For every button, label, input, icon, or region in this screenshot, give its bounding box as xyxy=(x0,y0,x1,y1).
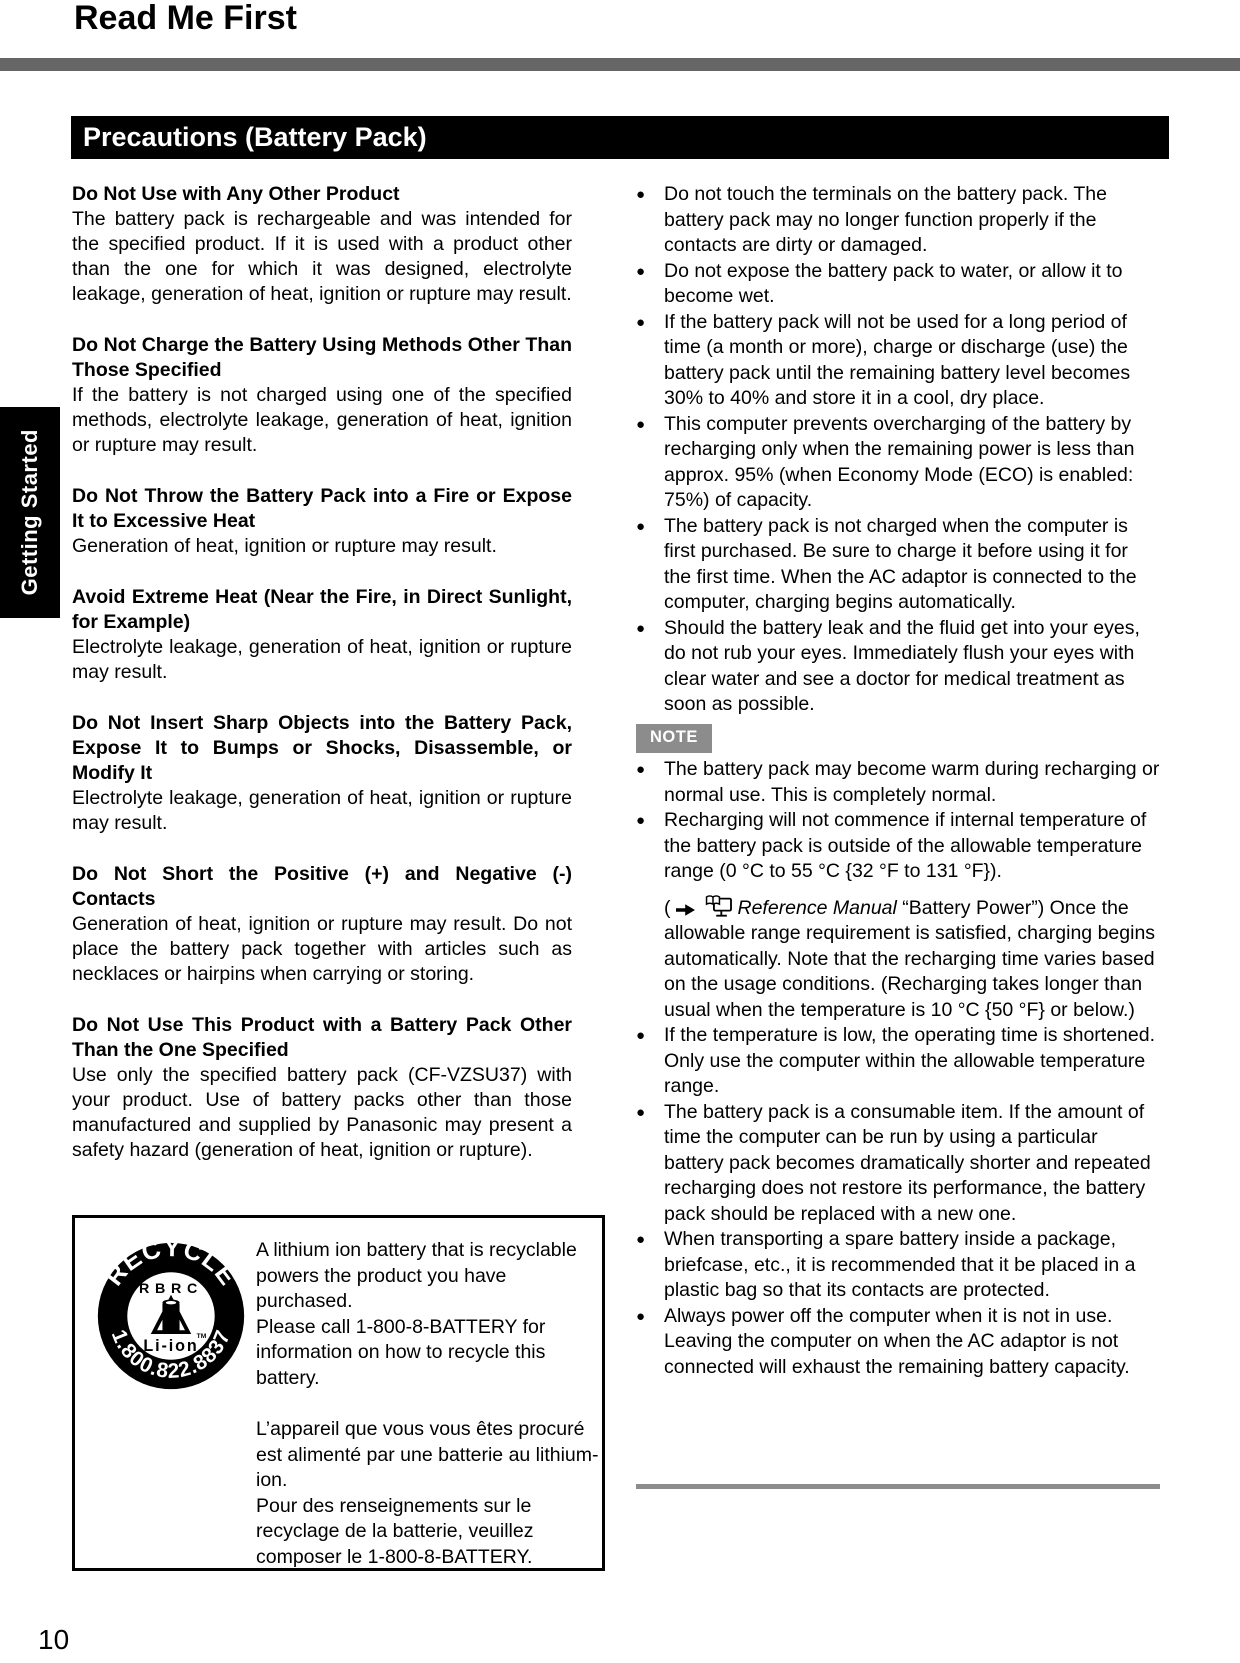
list-item: ●If the battery pack will not be used fo… xyxy=(636,310,1160,412)
precaution-section: Do Not Insert Sharp Objects into the Bat… xyxy=(72,711,572,836)
manual-page: Read Me First Precautions (Battery Pack)… xyxy=(0,0,1240,1663)
recycle-text-fr: L’appareil que vous vous êtes procuré es… xyxy=(256,1417,600,1494)
precaution-heading: Do Not Use This Product with a Battery P… xyxy=(72,1013,572,1063)
bullet-icon: ● xyxy=(636,1304,664,1381)
bullet-text: Do not expose the battery pack to water,… xyxy=(664,259,1160,310)
bullet-icon: ● xyxy=(636,310,664,412)
list-item: ●Do not touch the terminals on the batte… xyxy=(636,182,1160,259)
recycle-text-en: A lithium ion battery that is recyclable… xyxy=(256,1238,600,1315)
list-item: ● Recharging will not commence if intern… xyxy=(636,808,1160,1023)
recycle-text-fr: Pour des renseignements sur le recyclage… xyxy=(256,1494,600,1571)
reference-manual-icon xyxy=(705,894,733,918)
bullet-text: Always power off the computer when it is… xyxy=(664,1304,1160,1381)
precaution-heading: Do Not Insert Sharp Objects into the Bat… xyxy=(72,711,572,786)
note-badge: NOTE xyxy=(636,724,712,754)
bullet-icon: ● xyxy=(636,514,664,616)
list-item: ●The battery pack is not charged when th… xyxy=(636,514,1160,616)
bullet-icon: ● xyxy=(636,808,664,1023)
bullet-icon: ● xyxy=(636,412,664,514)
precaution-body: The battery pack is rechargeable and was… xyxy=(72,207,572,307)
top-rule xyxy=(0,58,1240,71)
list-item: ●This computer prevents overcharging of … xyxy=(636,412,1160,514)
page-number: 10 xyxy=(38,1624,69,1656)
bullet-text: If the battery pack will not be used for… xyxy=(664,310,1160,412)
list-item: ●Always power off the computer when it i… xyxy=(636,1304,1160,1381)
bullet-icon: ● xyxy=(636,1100,664,1228)
list-item: ●When transporting a spare battery insid… xyxy=(636,1227,1160,1304)
right-column: ●Do not touch the terminals on the batte… xyxy=(636,182,1160,1380)
precaution-heading: Do Not Charge the Battery Using Methods … xyxy=(72,333,572,383)
sidebar-tab-label: Getting Started xyxy=(17,429,43,595)
left-column: Do Not Use with Any Other Product The ba… xyxy=(72,182,572,1189)
precaution-bullet-list: ●Do not touch the terminals on the batte… xyxy=(636,182,1160,718)
precaution-body: Electrolyte leakage, generation of heat,… xyxy=(72,786,572,836)
bottom-rule xyxy=(636,1484,1160,1489)
list-item: ●The battery pack may become warm during… xyxy=(636,757,1160,808)
precaution-body: Generation of heat, ignition or rupture … xyxy=(72,912,572,987)
precaution-section: Do Not Use with Any Other Product The ba… xyxy=(72,182,572,307)
page-title: Read Me First xyxy=(74,0,297,36)
precaution-body: If the battery is not charged using one … xyxy=(72,383,572,458)
bullet-icon: ● xyxy=(636,616,664,718)
paren-open: ( xyxy=(664,897,671,919)
bullet-text: Recharging will not commence if internal… xyxy=(664,808,1160,1023)
list-item: ●Should the battery leak and the fluid g… xyxy=(636,616,1160,718)
precaution-section: Do Not Throw the Battery Pack into a Fir… xyxy=(72,484,572,559)
bullet-text: The battery pack is a consumable item. I… xyxy=(664,1100,1160,1228)
section-header-label: Precautions (Battery Pack) xyxy=(83,122,427,153)
arrow-right-icon xyxy=(675,902,696,918)
reference-line: (Reference Manual “Battery Power”) Once … xyxy=(664,894,1160,1024)
precaution-body: Electrolyte leakage, generation of heat,… xyxy=(72,635,572,685)
precaution-heading: Avoid Extreme Heat (Near the Fire, in Di… xyxy=(72,585,572,635)
precaution-heading: Do Not Throw the Battery Pack into a Fir… xyxy=(72,484,572,534)
bullet-text: If the temperature is low, the operating… xyxy=(664,1023,1160,1100)
precaution-heading: Do Not Short the Positive (+) and Negati… xyxy=(72,862,572,912)
list-item: ●The battery pack is a consumable item. … xyxy=(636,1100,1160,1228)
bullet-icon: ● xyxy=(636,1023,664,1100)
precaution-section: Do Not Short the Positive (+) and Negati… xyxy=(72,862,572,987)
list-item: ●Do not expose the battery pack to water… xyxy=(636,259,1160,310)
recycle-info-box: RECYCLE 1.800.822.8837 RBRC TM Li-ion A … xyxy=(72,1215,605,1571)
precaution-section: Do Not Charge the Battery Using Methods … xyxy=(72,333,572,458)
list-item: ●If the temperature is low, the operatin… xyxy=(636,1023,1160,1100)
bullet-icon: ● xyxy=(636,182,664,259)
precaution-section: Avoid Extreme Heat (Near the Fire, in Di… xyxy=(72,585,572,685)
bullet-icon: ● xyxy=(636,259,664,310)
bullet-icon: ● xyxy=(636,757,664,808)
section-header-bar: Precautions (Battery Pack) xyxy=(71,116,1169,159)
bullet-text: When transporting a spare battery inside… xyxy=(664,1227,1160,1304)
precaution-body: Use only the specified battery pack (CF-… xyxy=(72,1063,572,1163)
note-bullet-list: ●The battery pack may become warm during… xyxy=(636,757,1160,1380)
rbrc-recycle-logo: RECYCLE 1.800.822.8837 RBRC TM Li-ion xyxy=(95,1240,247,1392)
precaution-section: Do Not Use This Product with a Battery P… xyxy=(72,1013,572,1163)
precaution-body: Generation of heat, ignition or rupture … xyxy=(72,534,572,559)
bullet-text: This computer prevents overcharging of t… xyxy=(664,412,1160,514)
bullet-text: Do not touch the terminals on the batter… xyxy=(664,182,1160,259)
bullet-icon: ● xyxy=(636,1227,664,1304)
precaution-heading: Do Not Use with Any Other Product xyxy=(72,182,572,207)
note-temp-text: Recharging will not commence if internal… xyxy=(664,809,1146,882)
bullet-text: The battery pack is not charged when the… xyxy=(664,514,1160,616)
sidebar-tab-getting-started: Getting Started xyxy=(0,407,60,618)
recycle-box-text: A lithium ion battery that is recyclable… xyxy=(256,1238,600,1570)
bullet-text: Should the battery leak and the fluid ge… xyxy=(664,616,1160,718)
logo-li-ion-text: Li-ion xyxy=(143,1337,198,1355)
bullet-text: The battery pack may become warm during … xyxy=(664,757,1160,808)
reference-manual-title: Reference Manual xyxy=(738,897,897,919)
recycle-text-en: Please call 1-800-8-BATTERY for informat… xyxy=(256,1315,600,1392)
